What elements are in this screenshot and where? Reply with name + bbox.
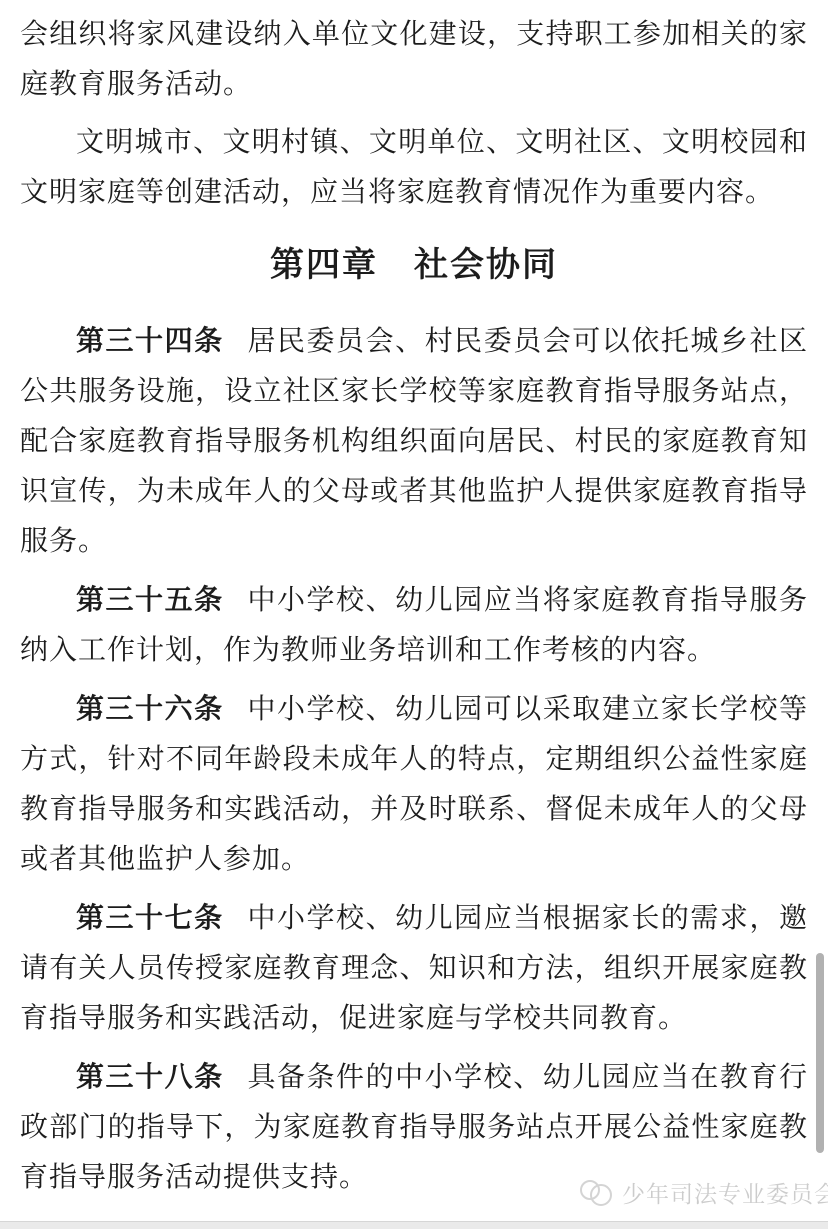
article-34-text: 居民委员会、村民委员会可以依托城乡社区公共服务设施，设立社区家长学校等家庭教育指… — [20, 326, 808, 557]
document-page: 会组织将家风建设纳入单位文化建设，支持职工参加相关的家庭教育服务活动。 文明城市… — [0, 0, 828, 1211]
article-35-paragraph: 第三十五条中小学校、幼儿园应当将家庭教育指导服务纳入工作计划，作为教师业务培训和… — [20, 575, 808, 676]
watermark: 少年司法专业委员会 — [580, 1176, 828, 1208]
article-37-paragraph: 第三十七条中小学校、幼儿园应当根据家长的需求，邀请有关人员传授家庭教育理念、知识… — [20, 893, 808, 1044]
watermark-text: 少年司法专业委员会 — [622, 1176, 828, 1209]
paragraph-continuation: 会组织将家风建设纳入单位文化建设，支持职工参加相关的家庭教育服务活动。 — [20, 10, 808, 110]
article-34-number: 第三十四条 — [76, 325, 224, 356]
article-34-paragraph: 第三十四条居民委员会、村民委员会可以依托城乡社区公共服务设施，设立社区家长学校等… — [20, 316, 808, 567]
article-36-paragraph: 第三十六条中小学校、幼儿园可以采取建立家长学校等方式，针对不同年龄段未成年人的特… — [20, 684, 808, 885]
footer-strip — [0, 1221, 828, 1229]
article-38-number: 第三十八条 — [76, 1061, 224, 1092]
article-36-number: 第三十六条 — [76, 693, 224, 724]
scrollbar-thumb[interactable] — [816, 953, 824, 1153]
article-35-number: 第三十五条 — [76, 584, 224, 615]
scrollbar[interactable] — [816, 0, 828, 1229]
article-37-number: 第三十七条 — [76, 902, 224, 933]
committee-logo-icon — [580, 1178, 614, 1206]
paragraph-civilized-creation-activities: 文明城市、文明村镇、文明单位、文明社区、文明校园和文明家庭等创建活动，应当将家庭… — [20, 118, 808, 218]
chapter-heading: 第四章 社会协同 — [20, 240, 808, 290]
